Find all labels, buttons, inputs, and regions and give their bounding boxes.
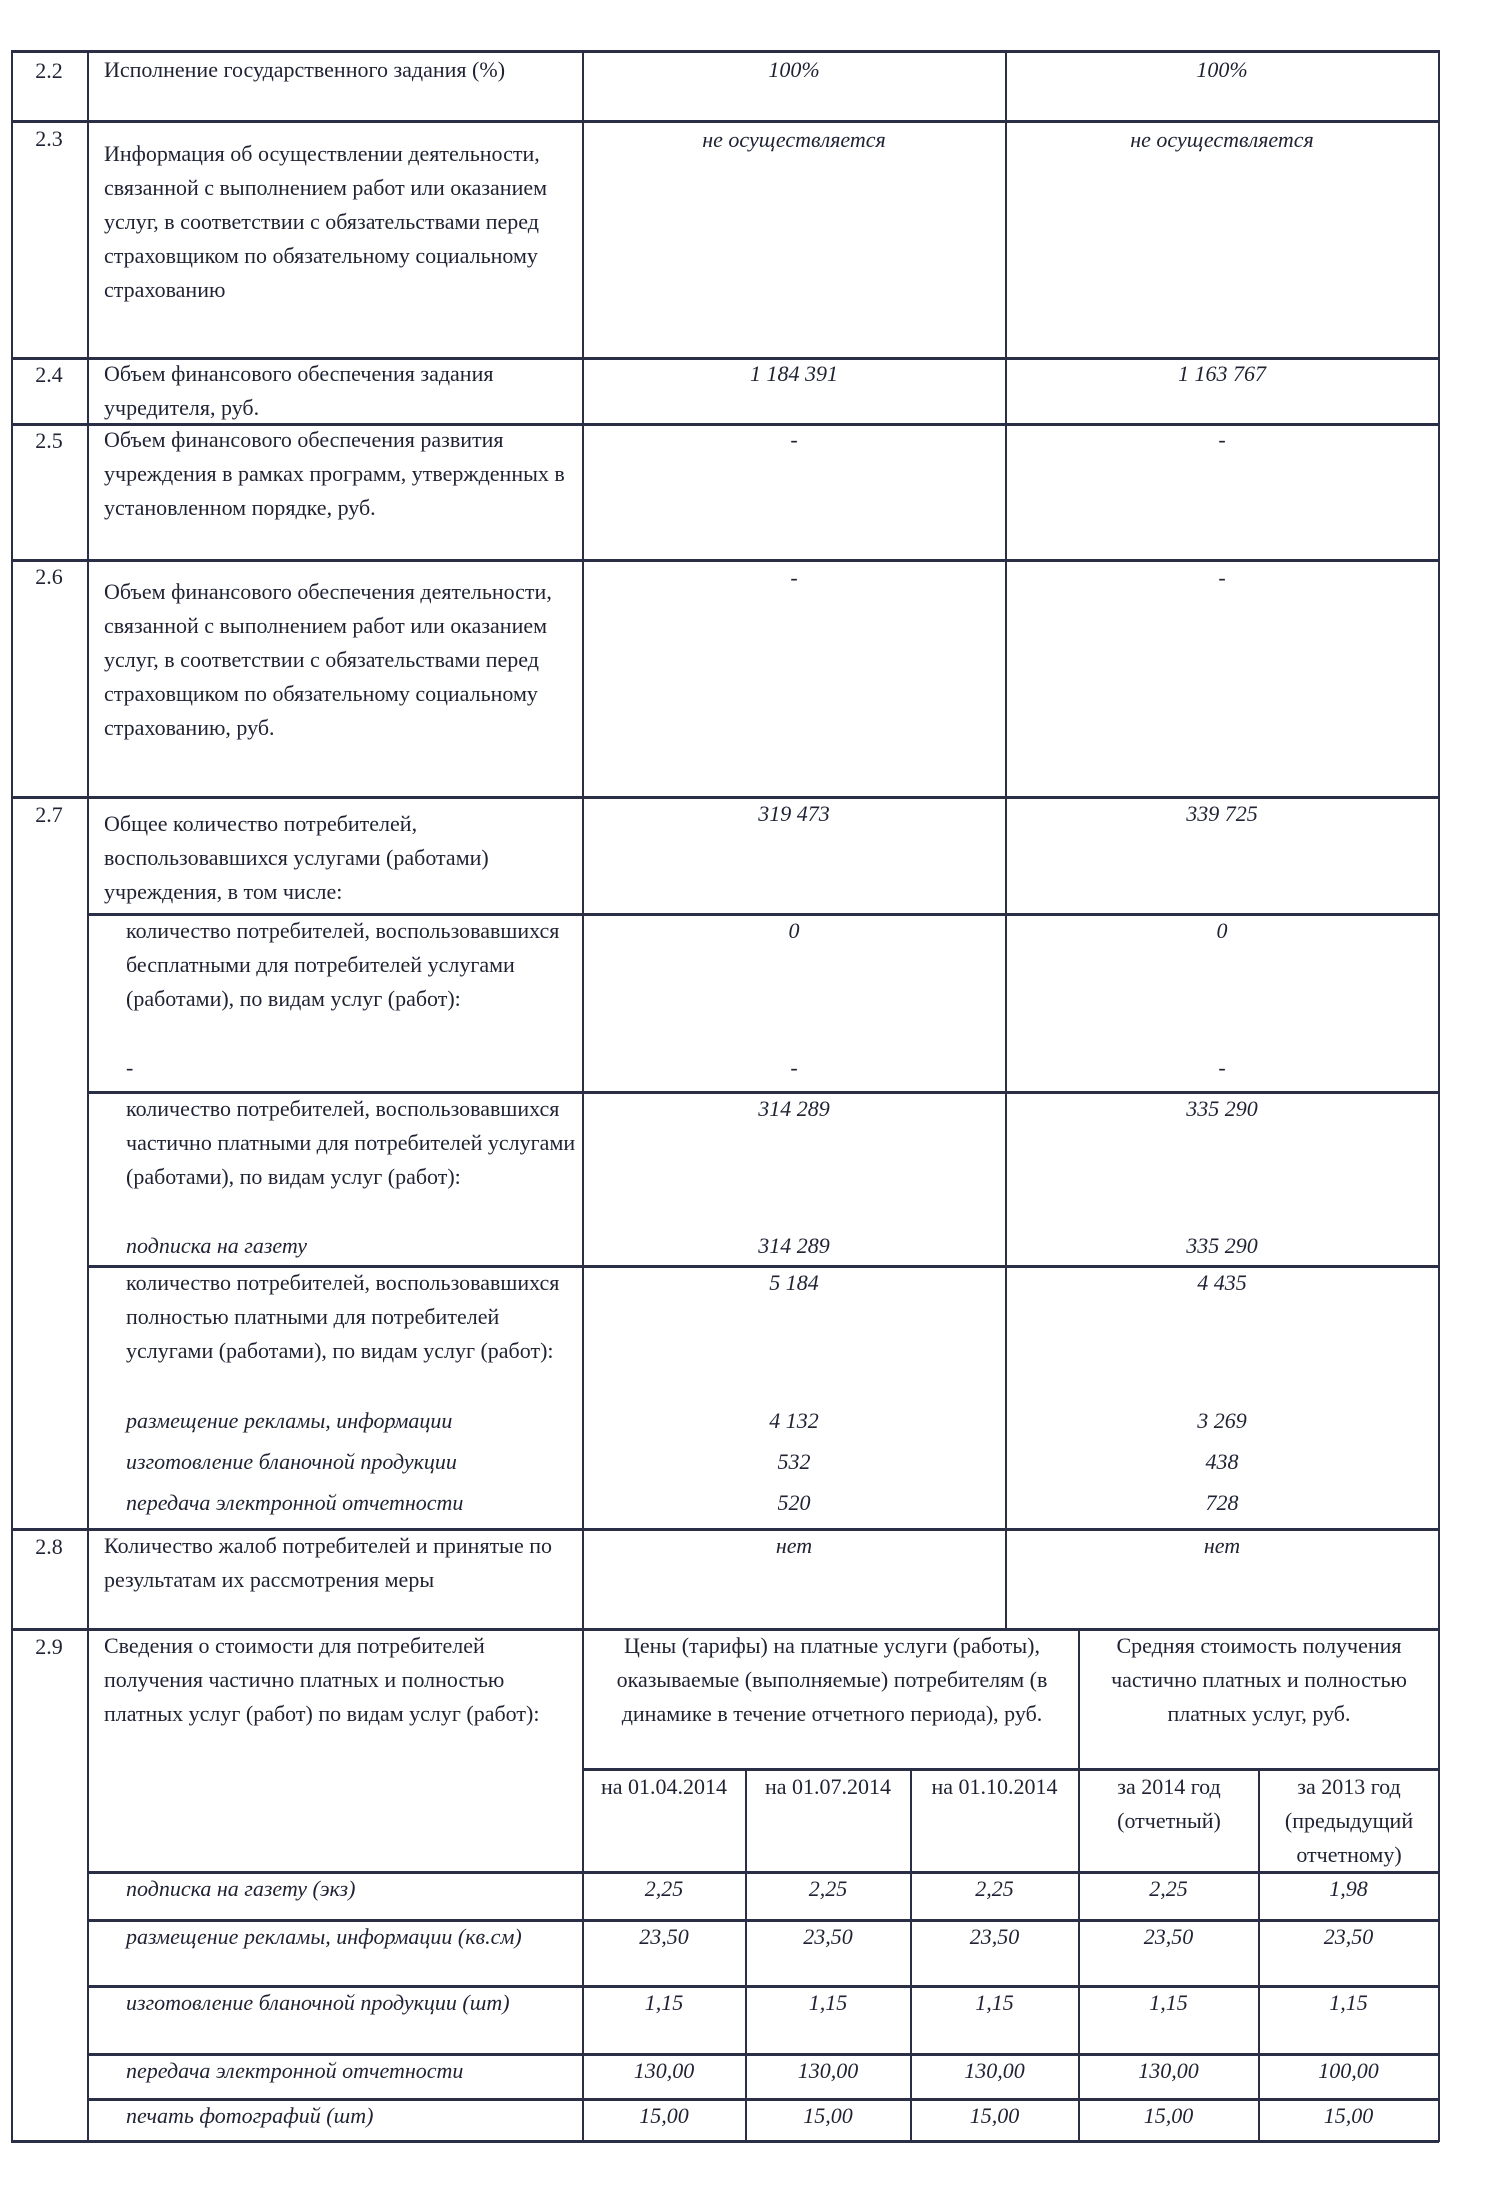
- value-2013: 1 163 767: [1007, 357, 1437, 391]
- price-cell: 1,15: [911, 1986, 1078, 2020]
- row-number: 2.6: [11, 562, 87, 592]
- row-label: Информация об осуществлении деятельности…: [104, 137, 582, 307]
- price-row-label: размещение рекламы, информации (кв.см): [126, 1920, 576, 1954]
- value-2014: нет: [584, 1529, 1004, 1563]
- value-2013: нет: [1007, 1529, 1437, 1563]
- column-header: на 01.04.2014: [583, 1770, 745, 1804]
- value-2014: 314 289: [584, 1229, 1004, 1263]
- row-number: 2.8: [11, 1532, 87, 1562]
- value-2014: 4 132: [584, 1404, 1004, 1438]
- price-cell: 15,00: [1259, 2099, 1438, 2133]
- partial-consumers-label: количество потребителей, воспользовавших…: [126, 1092, 578, 1194]
- col-divider-num: [87, 50, 89, 2142]
- row-label: Объем финансового обеспечения задания уч…: [104, 357, 574, 425]
- value-2013: 339 725: [1007, 797, 1437, 831]
- table-border-right: [1438, 50, 1440, 2142]
- price-cell: 2,25: [583, 1872, 745, 1906]
- prices-header: Цены (тарифы) на платные услуги (работы)…: [590, 1629, 1074, 1731]
- value-2014: 532: [584, 1445, 1004, 1479]
- value-2014: -: [584, 423, 1004, 457]
- value-2014: 100%: [584, 53, 1004, 87]
- service-label: передача электронной отчетности: [126, 1486, 576, 1520]
- price-row-label: подписка на газету (экз): [126, 1872, 576, 1906]
- value-2013: не осуществляется: [1007, 123, 1437, 157]
- average-cost-header: Средняя стоимость получения частично пла…: [1082, 1629, 1436, 1731]
- value-2013: -: [1007, 1051, 1437, 1085]
- price-row-label: передача электронной отчетности: [126, 2054, 576, 2088]
- price-cell: 1,98: [1259, 1872, 1438, 1906]
- price-cell: 15,00: [1079, 2099, 1258, 2133]
- report-page: 2.2 Исполнение государственного задания …: [0, 0, 1490, 2193]
- price-cell: 130,00: [1079, 2054, 1258, 2088]
- price-cell: 130,00: [583, 2054, 745, 2088]
- value-2014: -: [584, 1051, 1004, 1085]
- price-cell: 23,50: [1259, 1920, 1438, 1954]
- price-cell: 100,00: [1259, 2054, 1438, 2088]
- row-number: 2.7: [11, 800, 87, 830]
- row-number: 2.5: [11, 426, 87, 456]
- row-label: Количество жалоб потребителей и принятые…: [104, 1529, 574, 1597]
- value-2014: 314 289: [584, 1092, 1004, 1126]
- row-label: Исполнение государственного задания (%): [104, 53, 574, 87]
- value-2013: -: [1007, 561, 1437, 595]
- price-cell: 2,25: [1079, 1872, 1258, 1906]
- column-header: на 01.07.2014: [746, 1770, 910, 1804]
- value-2013: 3 269: [1007, 1404, 1437, 1438]
- row-label: Общее количество потребителей, воспользо…: [104, 807, 582, 909]
- value-2014: 0: [584, 914, 1004, 948]
- row-number: 2.3: [11, 124, 87, 154]
- value-2013: 4 435: [1007, 1266, 1437, 1300]
- full-consumers-label: количество потребителей, воспользовавших…: [126, 1266, 578, 1368]
- row-label: Объем финансового обеспечения деятельнос…: [104, 575, 582, 745]
- value-2013: -: [1007, 423, 1437, 457]
- price-cell: 23,50: [583, 1920, 745, 1954]
- price-cell: 15,00: [911, 2099, 1078, 2133]
- value-2014: 319 473: [584, 797, 1004, 831]
- value-2013: 335 290: [1007, 1229, 1437, 1263]
- price-cell: 15,00: [746, 2099, 910, 2133]
- column-header: за 2013 год (предыдущий отчетному): [1262, 1770, 1436, 1872]
- value-2014: 1 184 391: [584, 357, 1004, 391]
- value-2013: 438: [1007, 1445, 1437, 1479]
- price-cell: 1,15: [1079, 1986, 1258, 2020]
- service-label: размещение рекламы, информации: [126, 1404, 576, 1438]
- price-cell: 1,15: [746, 1986, 910, 2020]
- value-2013: 335 290: [1007, 1092, 1437, 1126]
- value-2014: -: [584, 561, 1004, 595]
- free-consumers-label: количество потребителей, воспользовавших…: [126, 914, 578, 1016]
- row-label: Объем финансового обеспечения развития у…: [104, 423, 574, 525]
- row-label: Сведения о стоимости для потребителей по…: [104, 1629, 582, 1731]
- service-label: изготовление бланочной продукции: [126, 1445, 576, 1479]
- row-number: 2.2: [11, 56, 87, 86]
- row-number: 2.9: [11, 1632, 87, 1662]
- price-row-label: печать фотографий (шт): [126, 2099, 576, 2133]
- value-2014: 520: [584, 1486, 1004, 1520]
- price-cell: 1,15: [1259, 1986, 1438, 2020]
- row-number: 2.4: [11, 360, 87, 390]
- value-2013: 728: [1007, 1486, 1437, 1520]
- price-cell: 23,50: [911, 1920, 1078, 1954]
- value-2014: не осуществляется: [584, 123, 1004, 157]
- price-row-label: изготовление бланочной продукции (шт): [126, 1986, 576, 2020]
- value-2013: 0: [1007, 914, 1437, 948]
- value-2013: 100%: [1007, 53, 1437, 87]
- price-cell: 130,00: [746, 2054, 910, 2088]
- value-2014: 5 184: [584, 1266, 1004, 1300]
- column-header: за 2014 год (отчетный): [1090, 1770, 1248, 1838]
- table-border-bottom: [11, 2140, 1439, 2143]
- price-cell: 1,15: [583, 1986, 745, 2020]
- service-label: -: [126, 1051, 566, 1085]
- col-divider-values: [1005, 50, 1007, 1630]
- price-cell: 2,25: [911, 1872, 1078, 1906]
- price-cell: 2,25: [746, 1872, 910, 1906]
- price-cell: 130,00: [911, 2054, 1078, 2088]
- price-cell: 15,00: [583, 2099, 745, 2133]
- price-cell: 23,50: [746, 1920, 910, 1954]
- column-header: на 01.10.2014: [911, 1770, 1078, 1804]
- price-cell: 23,50: [1079, 1920, 1258, 1954]
- service-label: подписка на газету: [126, 1229, 566, 1263]
